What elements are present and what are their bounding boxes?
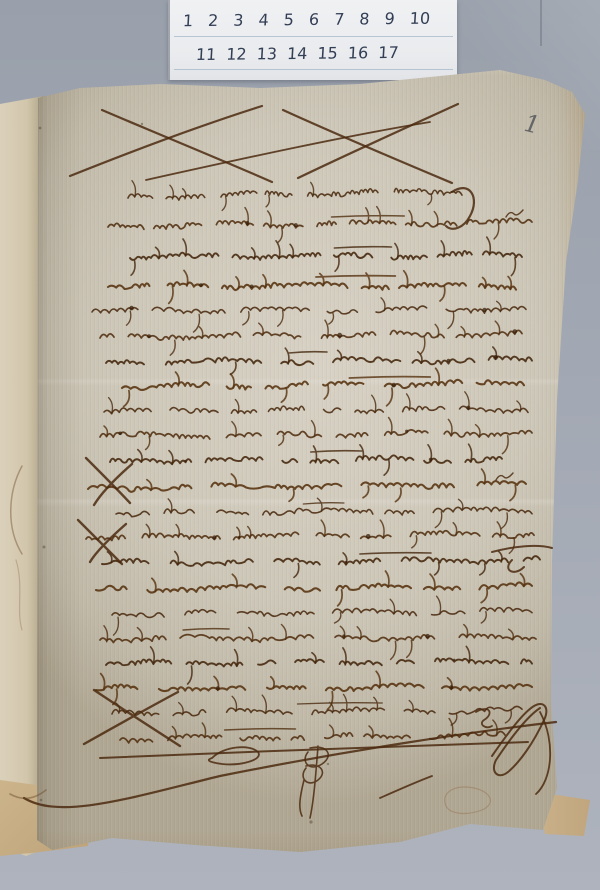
card-rule-line — [174, 69, 453, 70]
scale-number: 9 — [384, 9, 395, 28]
scale-number: 12 — [226, 45, 248, 64]
scale-number: 14 — [287, 44, 309, 63]
card-rule-line — [174, 36, 453, 37]
scale-number: 3 — [233, 11, 244, 30]
scale-card-row-2: 11121314151617 — [195, 43, 399, 64]
scale-number: 8 — [359, 9, 370, 28]
manuscript-page — [34, 60, 590, 860]
table-edge-line — [540, 0, 542, 46]
scale-number: 4 — [258, 10, 269, 29]
scale-number: 1 — [182, 11, 193, 30]
scale-number: 11 — [195, 45, 217, 64]
scale-number: 6 — [308, 10, 319, 29]
scale-card: 12345678910 11121314151617 — [168, 0, 457, 80]
scale-number: 17 — [378, 43, 400, 62]
scale-number: 5 — [283, 10, 294, 29]
scale-number: 13 — [256, 44, 278, 63]
scale-number: 10 — [409, 9, 431, 28]
photo-scene: 12345678910 11121314151617 1 — [0, 0, 600, 890]
scale-number: 2 — [208, 11, 219, 30]
scale-card-row-1: 12345678910 — [182, 9, 430, 31]
scale-number: 15 — [317, 44, 339, 63]
scale-number: 7 — [334, 10, 345, 29]
scale-number: 16 — [347, 43, 369, 62]
